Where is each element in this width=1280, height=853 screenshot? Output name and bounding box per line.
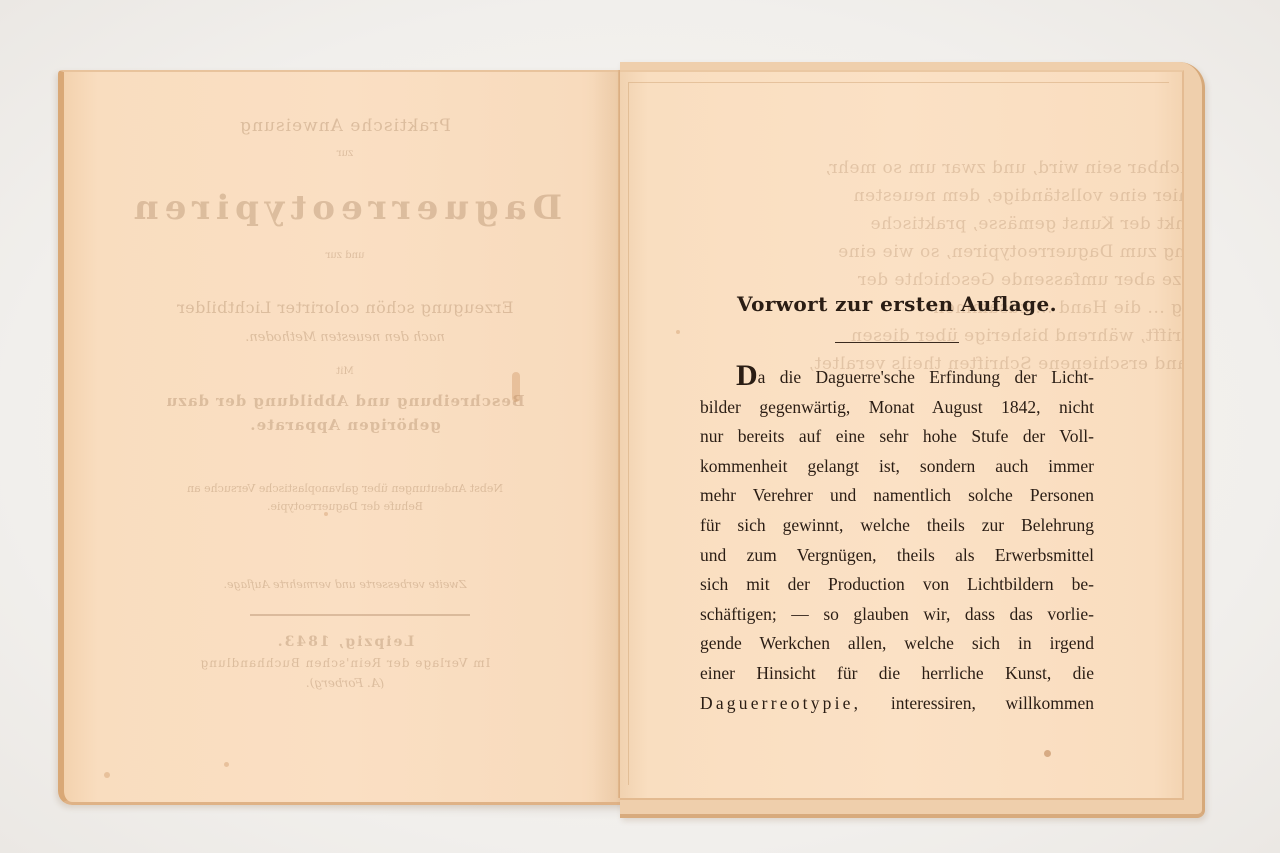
ghost-line: Anweisung zum Daguerreotypiren, so wie e…: [700, 242, 1184, 262]
preface-line: Da die Daguerre'sche Erfindung der Licht…: [700, 363, 1094, 393]
preface-line-text: interessiren, willkommen: [861, 693, 1094, 713]
drop-cap: D: [736, 359, 758, 392]
preface-body: Da die Daguerre'sche Erfindung der Licht…: [700, 363, 1094, 718]
ghost-line: Beschreibung und Abbildung der dazu: [64, 392, 626, 410]
ghost-line: Daguerreotypiren: [64, 188, 626, 228]
ghost-line: Leipzig, 1843.: [64, 634, 626, 650]
paper-stain: [1044, 750, 1051, 757]
preface-line: einer Hinsicht für die herrliche Kunst, …: [700, 659, 1094, 689]
paper-stain: [224, 762, 229, 767]
left-page-title-page: Praktische Anweisung zur Daguerreotypire…: [58, 70, 626, 805]
preface-block: Vorwort zur ersten Auflage. Da die Dague…: [700, 290, 1094, 718]
preface-line: gende Werkchen allen, welche sich in irg…: [700, 629, 1094, 659]
preface-line: für sich gewinnt, welche theils zur Bele…: [700, 511, 1094, 541]
ghost-line: da man hier eine vollständige, dem neues…: [700, 186, 1184, 206]
preface-title: Vorwort zur ersten Auflage.: [700, 290, 1094, 318]
preface-line: kommenheit gelangt ist, sondern auch imm…: [700, 452, 1094, 482]
ghost-line: und brauchbar sein wird, und zwar um so …: [700, 158, 1184, 178]
ghost-rule: [250, 614, 470, 616]
ghost-line: Nebst Andeutungen über galvanoplastische…: [64, 482, 626, 495]
ghost-line: Mit: [64, 366, 626, 377]
ghost-line: Behufe der Daguerreotypie.: [64, 500, 626, 513]
ghost-line: nach den neuesten Methoden.: [64, 330, 626, 345]
preface-line: bilder gegenwärtig, Monat August 1842, n…: [700, 393, 1094, 423]
preface-line: nur bereits auf eine sehr hohe Stufe der…: [700, 422, 1094, 452]
ghost-line: und zur: [64, 250, 626, 261]
ghost-line: Erzeugung schön colorirter Lichtbilder: [64, 298, 626, 317]
preface-line: mehr Verehrer und namentlich solche Pers…: [700, 481, 1094, 511]
ghost-line: (A. Forberg).: [64, 676, 626, 690]
paper-stain: [512, 372, 520, 402]
title-rule: [835, 342, 959, 343]
preface-line: und zum Vergnügen, theils als Erwerbsmit…: [700, 541, 1094, 571]
paper-stain: [324, 512, 328, 516]
ghost-line: Im Verlage der Rein'schen Buchhandlung: [64, 656, 626, 670]
preface-line: sich mit der Production von Lichtbildern…: [700, 570, 1094, 600]
preface-line-last: Daguerreotypie, interessiren, willkommen: [700, 689, 1094, 719]
ghost-line: Standpunkt der Kunst gemässe, praktische: [700, 214, 1184, 234]
preface-line: schäftigen; — so glauben wir, dass das v…: [700, 600, 1094, 630]
preface-line-text: a die Daguerre'sche Erfindung der Licht-: [758, 367, 1094, 387]
ghost-line: zwar kurze aber umfassende Geschichte de…: [700, 270, 1184, 290]
right-page-preface: und brauchbar sein wird, und zwar um so …: [620, 70, 1184, 800]
ghost-line: Zweite verbesserte und vermehrte Auflage…: [64, 578, 626, 591]
paper-stain: [104, 772, 110, 778]
open-book-photo: Praktische Anweisung zur Daguerreotypire…: [0, 0, 1280, 853]
paper-stain: [676, 330, 680, 334]
ghost-line: gehörigen Apparate.: [64, 416, 626, 434]
ghost-line: Praktische Anweisung: [64, 116, 626, 136]
spaced-word: Daguerreotypie,: [700, 693, 861, 713]
ghost-line: zur: [64, 148, 626, 159]
